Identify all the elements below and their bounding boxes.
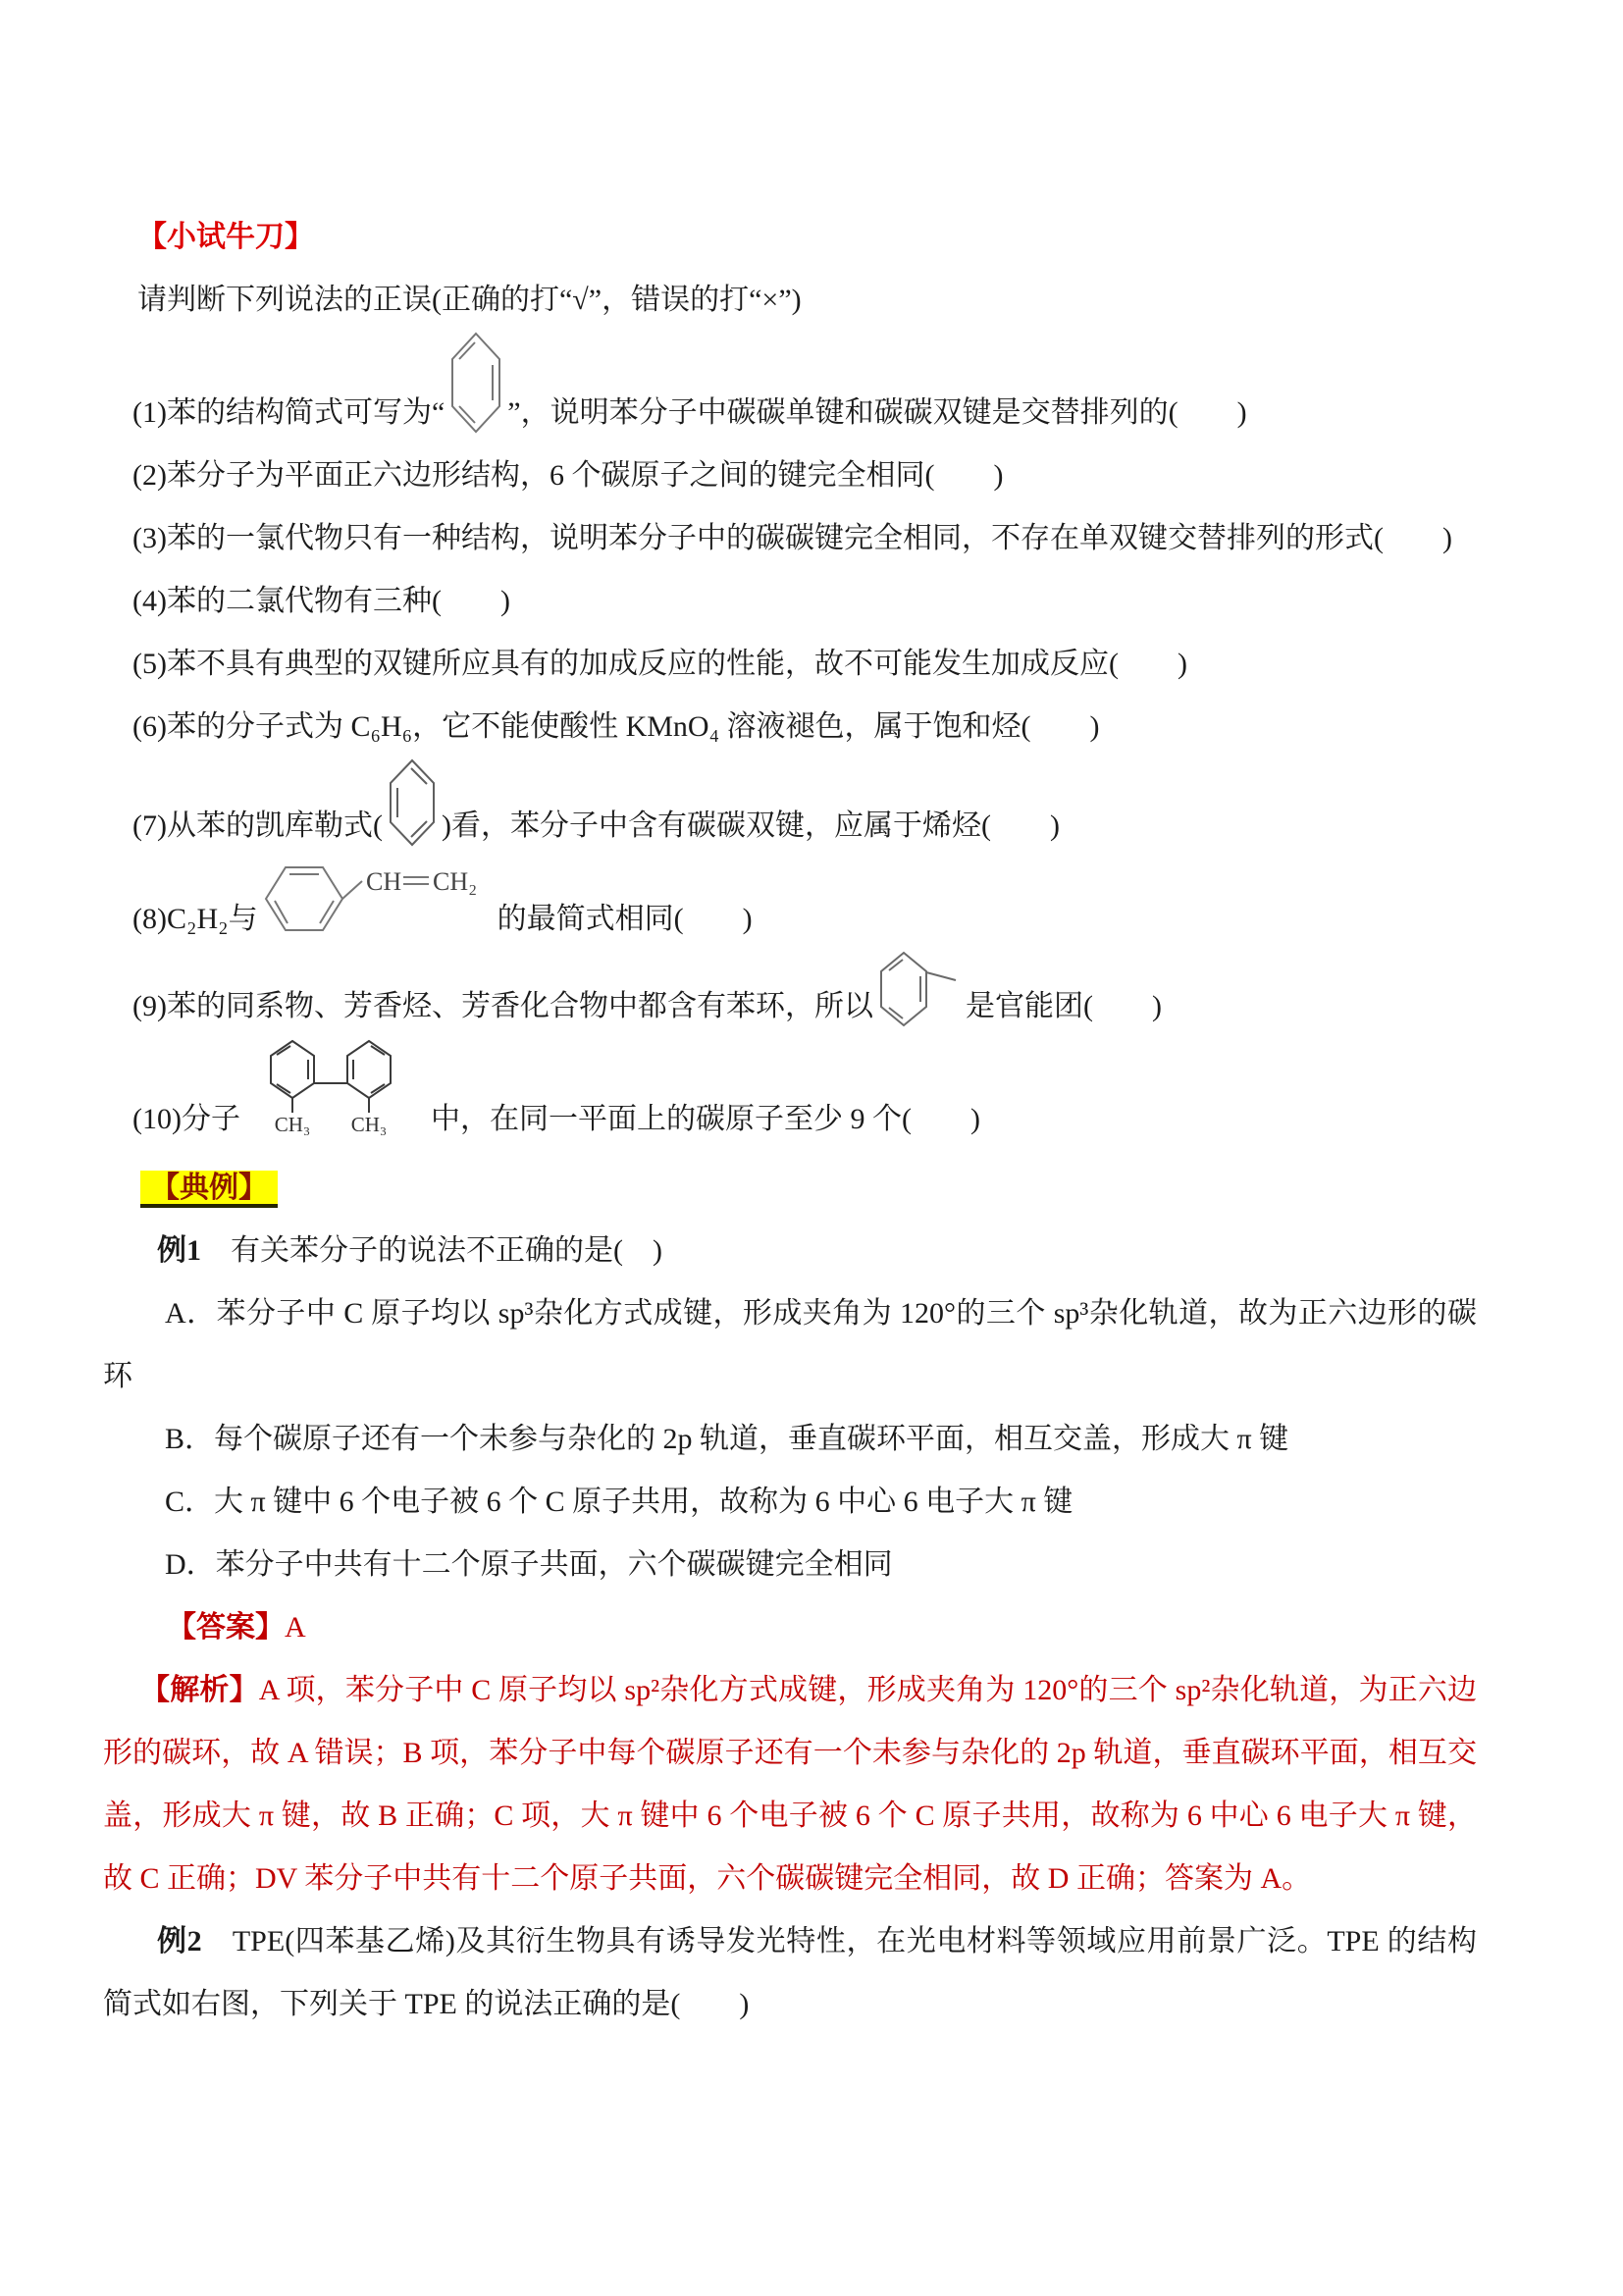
ch3-right-label: CH₃ bbox=[351, 1113, 388, 1136]
question-1: (1)苯的结构简式可写为“”，说明苯分子中碳碳单键和碳碳双键是交替排列的( ) bbox=[132, 332, 1477, 444]
example-1-option-b: B．每个碳原子还有一个未参与杂化的 2p 轨道，垂直碳环平面，相互交盖，形成大 … bbox=[103, 1408, 1477, 1471]
question-1-text-post: ”，说明苯分子中碳碳单键和碳碳双键是交替排列的( ) bbox=[507, 396, 1246, 429]
question-1-text-pre: (1)苯的结构简式可写为“ bbox=[132, 396, 445, 429]
answer-line: 【答案】A bbox=[167, 1596, 1477, 1659]
example-1-option-c: C．大 π 键中 6 个电子被 6 个 C 原子共用，故称为 6 中心 6 电子… bbox=[103, 1471, 1477, 1534]
example-2-label: 例2 bbox=[157, 1925, 202, 1957]
question-7: (7)从苯的凯库勒式()看，苯分子中含有碳碳双键，应属于烯烃( ) bbox=[132, 758, 1477, 858]
example-1-question: 有关苯分子的说法不正确的是( ) bbox=[201, 1234, 662, 1267]
question-9: (9)苯的同系物、芳香烃、芳香化合物中都含有苯环，所以是官能团( ) bbox=[132, 951, 1477, 1038]
ch-label: CH bbox=[366, 867, 401, 896]
question-8: (8)C₂H₂与CHCH₂的最简式相同( ) bbox=[132, 858, 1477, 951]
benzene-kekule-structure-diagram bbox=[450, 332, 501, 434]
question-9-text-pre: (9)苯的同系物、芳香烃、芳香化合物中都含有苯环，所以 bbox=[132, 990, 873, 1022]
answer-value: A bbox=[285, 1611, 306, 1644]
kekule-benzene-structure-diagram bbox=[389, 758, 436, 847]
example-1-option-d: D．苯分子中共有十二个原子共面，六个碳碳键完全相同 bbox=[103, 1534, 1477, 1596]
question-4: (4)苯的二氯代物有三种( ) bbox=[132, 570, 1477, 633]
section-header-example: 【典例】 bbox=[140, 1171, 278, 1208]
question-9-text-post: 是官能团( ) bbox=[966, 990, 1162, 1022]
question-10: (10)分子CH₃CH₃中，在同一平面上的碳原子至少 9 个( ) bbox=[132, 1038, 1477, 1151]
question-3: (3)苯的一氯代物只有一种结构，说明苯分子中的碳碳键完全相同，不存在单双键交替排… bbox=[132, 507, 1477, 570]
analysis-text: A 项，苯分子中 C 原子均以 sp²杂化方式成键，形成夹角为 120°的三个 … bbox=[103, 1674, 1477, 1895]
answer-label: 【答案】 bbox=[167, 1611, 285, 1644]
question-8-text-post: 的最简式相同( ) bbox=[497, 903, 753, 935]
question-8-text-pre: (8)C₂H₂与 bbox=[132, 903, 258, 935]
dimethylbiphenyl-structure-diagram: CH₃CH₃ bbox=[246, 1038, 425, 1140]
ch3-left-label: CH₃ bbox=[275, 1113, 311, 1136]
analysis-paragraph: 【解析】A 项，苯分子中 C 原子均以 sp²杂化方式成键，形成夹角为 120°… bbox=[103, 1659, 1477, 1910]
question-7-text-post: )看，苯分子中含有碳碳双键，应属于烯烃( ) bbox=[442, 809, 1060, 842]
example-1-title: 例1 有关苯分子的说法不正确的是( ) bbox=[103, 1220, 1477, 1282]
example-2-text: TPE(四苯基乙烯)及其衍生物具有诱导发光特性，在光电材料等领域应用前景广泛。T… bbox=[103, 1925, 1477, 2020]
question-5: (5)苯不具有典型的双键所应具有的加成反应的性能，故不可能发生加成反应( ) bbox=[132, 633, 1477, 696]
question-6: (6)苯的分子式为 C₆H₆，它不能使酸性 KMnO₄ 溶液褪色，属于饱和烃( … bbox=[132, 696, 1477, 758]
example-1-label: 例1 bbox=[157, 1234, 201, 1267]
styrene-structure-diagram: CHCH₂ bbox=[264, 858, 492, 940]
example-2-text-paragraph: 例2 TPE(四苯基乙烯)及其衍生物具有诱导发光特性，在光电材料等领域应用前景广… bbox=[103, 1910, 1477, 2036]
analysis-label: 【解析】 bbox=[140, 1674, 259, 1706]
section-header-example-row: 【典例】 bbox=[140, 1157, 1477, 1220]
ch2-label: CH₂ bbox=[433, 867, 477, 896]
question-7-text-pre: (7)从苯的凯库勒式( bbox=[132, 809, 383, 842]
section-header-practice: 【小试牛刀】 bbox=[137, 206, 1477, 269]
question-2: (2)苯分子为平面正六边形结构，6 个碳原子之间的键完全相同( ) bbox=[132, 444, 1477, 507]
question-10-text-post: 中，在同一平面上的碳原子至少 9 个( ) bbox=[431, 1103, 980, 1135]
worksheet-page: 【小试牛刀】 请判断下列说法的正误(正确的打“√”，错误的打“×”) (1)苯的… bbox=[0, 0, 1623, 2036]
example-1-option-a: A．苯分子中 C 原子均以 sp³杂化方式成键，形成夹角为 120°的三个 sp… bbox=[103, 1282, 1477, 1408]
question-10-text-pre: (10)分子 bbox=[132, 1103, 240, 1135]
intro-text: 请判断下列说法的正误(正确的打“√”，错误的打“×”) bbox=[137, 269, 1477, 332]
phenyl-group-structure-diagram bbox=[879, 951, 960, 1027]
